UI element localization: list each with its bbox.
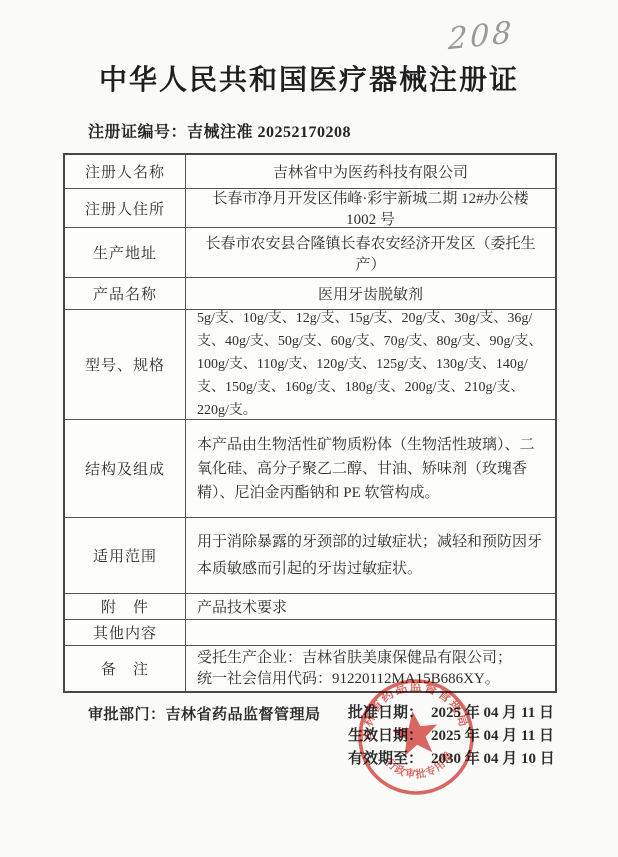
page-title: 中华人民共和国医疗器械注册证 [0, 58, 618, 98]
row-value: 长春市农安县合隆镇长春农安经济开发区（委托生产） [186, 228, 555, 277]
row-value: 长春市净月开发区伟峰·彩宇新城二期 12#办公楼 1002 号 [186, 189, 555, 227]
row-label: 型号、规格 [65, 310, 186, 419]
table-row-intended-use: 适用范围 用于消除暴露的牙颈部的过敏症状；减轻和预防因牙本质敏感而引起的牙齿过敏… [65, 517, 555, 593]
effective-date-label: 生效日期： [348, 728, 423, 744]
remarks-line-1: 受托生产企业：吉林省肤美康保健品有限公司； [197, 648, 544, 669]
row-value: 本产品由生物活性矿物质粉体（生物活性玻璃）、二氧化硅、高分子聚乙二醇、甘油、矫味… [197, 433, 544, 505]
row-label: 生产地址 [65, 228, 186, 277]
table-row-structure-composition: 结构及组成 本产品由生物活性矿物质粉体（生物活性玻璃）、二氧化硅、高分子聚乙二醇… [65, 419, 555, 517]
certificate-page: 208 中华人民共和国医疗器械注册证 注册证编号：吉械注准 2025217020… [0, 0, 618, 857]
row-label: 备 注 [65, 646, 186, 691]
row-value: 吉林省中为医药科技有限公司 [186, 155, 555, 188]
table-row-registrant-name: 注册人名称 吉林省中为医药科技有限公司 [65, 155, 555, 188]
row-value: 5g/支、10g/支、12g/支、15g/支、20g/支、30g/支、36g/支… [197, 307, 544, 422]
table-row-remarks: 备 注 受托生产企业：吉林省肤美康保健品有限公司； 统一社会信用代码：91220… [65, 645, 555, 691]
row-value: 产品技术要求 [197, 596, 544, 617]
approval-department-value: 吉林省药品监督管理局 [166, 707, 321, 723]
table-row-attachment: 附 件 产品技术要求 [65, 593, 555, 619]
table-row-other-content: 其他内容 [65, 619, 555, 645]
approval-date-label: 批准日期： [348, 705, 423, 721]
row-label: 结构及组成 [65, 420, 186, 517]
cert-number-value: 吉械注准 20252170208 [187, 124, 351, 141]
date-block: 批准日期：2025 年 04 月 11 日 生效日期：2025 年 04 月 1… [348, 702, 555, 771]
table-row-product-name: 产品名称 医用牙齿脱敏剂 [65, 277, 555, 309]
approval-department-label: 审批部门： [88, 707, 166, 723]
row-label: 注册人住所 [65, 189, 186, 227]
row-value: 用于消除暴露的牙颈部的过敏症状；减轻和预防因牙本质敏感而引起的牙齿过敏症状。 [197, 529, 544, 583]
effective-date-line: 生效日期：2025 年 04 月 11 日 [348, 725, 555, 748]
handwritten-number: 208 [448, 14, 529, 58]
certificate-table: 注册人名称 吉林省中为医药科技有限公司 注册人住所 长春市净月开发区伟峰·彩宇新… [63, 153, 557, 693]
row-label: 适用范围 [65, 518, 186, 593]
row-label: 注册人名称 [65, 155, 186, 188]
table-row-model-spec: 型号、规格 5g/支、10g/支、12g/支、15g/支、20g/支、30g/支… [65, 309, 555, 419]
row-label: 其他内容 [65, 620, 186, 645]
remarks-line-2: 统一社会信用代码：91220112MA15B686XY。 [197, 669, 544, 690]
expiry-date-value: 2030 年 04 月 10 日 [431, 751, 555, 767]
row-label: 附 件 [65, 594, 186, 619]
table-row-production-address: 生产地址 长春市农安县合隆镇长春农安经济开发区（委托生产） [65, 227, 555, 277]
table-row-registrant-address: 注册人住所 长春市净月开发区伟峰·彩宇新城二期 12#办公楼 1002 号 [65, 188, 555, 227]
approval-date-value: 2025 年 04 月 11 日 [431, 705, 554, 721]
row-value: 医用牙齿脱敏剂 [186, 278, 555, 309]
expiry-date-label: 有效期至： [348, 751, 423, 767]
row-label: 产品名称 [65, 278, 186, 309]
effective-date-value: 2025 年 04 月 11 日 [431, 728, 554, 744]
expiry-date-line: 有效期至：2030 年 04 月 10 日 [348, 748, 555, 771]
approval-date-line: 批准日期：2025 年 04 月 11 日 [348, 702, 555, 725]
approval-department-line: 审批部门：吉林省药品监督管理局 [88, 703, 321, 724]
cert-number-line: 注册证编号：吉械注准 20252170208 [88, 119, 351, 142]
cert-number-label: 注册证编号： [88, 124, 187, 141]
